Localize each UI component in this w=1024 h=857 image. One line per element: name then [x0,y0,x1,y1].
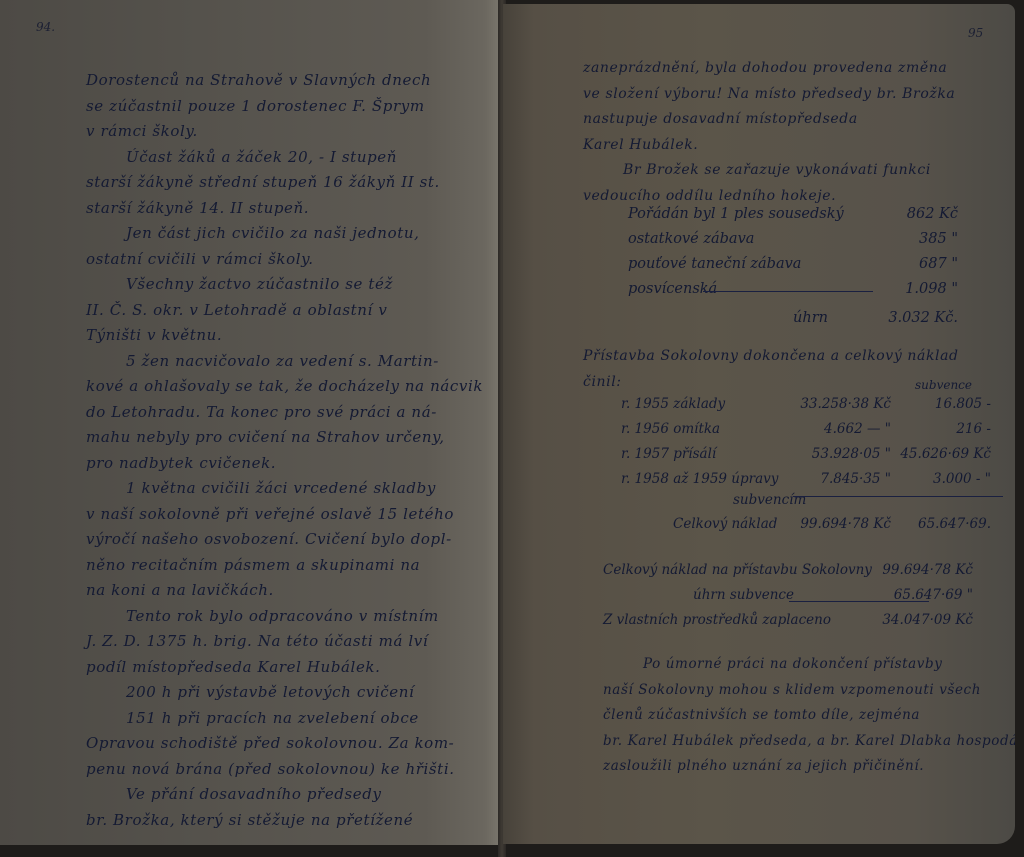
text-line: členů zúčastnivších se tomto díle, zejmé… [603,703,1015,729]
page-number-left: 94. [36,20,55,34]
text-line: něno recitačním pásmem a skupinami na [86,553,483,579]
ledger-row: Z vlastních prostředků zaplaceno 34.047·… [603,612,973,637]
sum-rule [703,291,873,292]
page-number-right: 95 [968,26,983,40]
text-line: starší žákyně 14. II stupeň. [86,196,483,222]
text-line: Všechny žactvo zúčastnilo se též [86,272,483,298]
text-line: činil: [583,370,959,396]
text-line: Dorostenců na Strahově v Slavných dnech [86,68,483,94]
text-line: br. Karel Hubálek předseda, a br. Karel … [603,729,1015,755]
text-line: do Letohradu. Ta konec pro své práci a n… [86,400,483,426]
sum-rule [793,496,1003,497]
right-intro-text: zaneprázdnění, byla dohodou provedena zm… [583,56,955,209]
ledger-row: Celkový náklad na přístavbu Sokolovny 99… [603,562,973,587]
text-line: Br Brožek se zařazuje vykonávati funkci [583,158,955,184]
text-line: zasloužili plného uznání za jejich přiči… [603,754,1015,780]
text-line: Přístavba Sokolovny dokončena a celkový … [583,344,959,370]
ledger-total-row: úhrn 3.032 Kč. [628,310,958,335]
text-line: výročí našeho osvobození. Cvičení bylo d… [86,527,483,553]
sum-rule [789,601,929,602]
construction-ledger: r. 1955 základy 33.258·38 Kč 16.805 - r.… [621,396,991,496]
text-line: 151 h při pracích na zvelebení obce [86,706,483,732]
ledger-row: úhrn subvence 65.647·69 " [603,587,973,612]
text-line: pro nadbytek cvičenek. [86,451,483,477]
text-line: 200 h při výstavbě letových cvičení [86,680,483,706]
text-line: ostatní cvičili v rámci školy. [86,247,483,273]
ledger-row: posvícenská 1.098 " [628,281,958,306]
text-line: Jen část jich cvičilo za naši jednotu, [86,221,483,247]
summary-ledger: Celkový náklad na přístavbu Sokolovny 99… [603,562,973,637]
ledger-row: pouťové taneční zábava 687 " [628,256,958,281]
text-line: naší Sokolovny mohou s klidem vzpomenout… [603,678,1015,704]
ledger-row: r. 1957 přísálí 53.928·05 " 45.626·69 Kč [621,446,991,471]
construction-total-row: Celkový náklad 99.694·78 Kč 65.647·69. [673,516,991,541]
text-line: ve složení výboru! Na místo předsedy br.… [583,82,955,108]
text-line: v rámci školy. [86,119,483,145]
subsidy-total-label: subvencím [733,492,806,508]
construction-heading: Přístavba Sokolovny dokončena a celkový … [583,344,959,395]
text-line: Týništi v květnu. [86,323,483,349]
text-line: Opravou schodiště před sokolovnou. Za ko… [86,731,483,757]
text-line: Po úmorné práci na dokončení přístavby [603,652,1015,678]
text-line: 5 žen nacvičovalo za vedení s. Martin- [86,349,483,375]
events-ledger: Pořádán byl 1 ples sousedský 862 Kč osta… [628,206,958,335]
text-line: Karel Hubálek. [583,133,955,159]
text-line: II. Č. S. okr. v Letohradě a oblastní v [86,298,483,324]
text-line: kové a ohlašovaly se tak, že docházely n… [86,374,483,400]
text-line: starší žákyně střední stupeň 16 žákyň II… [86,170,483,196]
text-line: zaneprázdnění, byla dohodou provedena zm… [583,56,955,82]
ledger-row: r. 1956 omítka 4.662 — " 216 - [621,421,991,446]
text-line: se zúčastnil pouze 1 dorostenec F. Šprym [86,94,483,120]
subsidy-column-header: subvence [915,378,972,392]
text-line: mahu nebyly pro cvičení na Strahov určen… [86,425,483,451]
text-line: nastupuje dosavadní místopředseda [583,107,955,133]
left-page: 94. Dorostenců na Strahově v Slavných dn… [0,0,502,845]
ledger-row: r. 1955 základy 33.258·38 Kč 16.805 - [621,396,991,421]
text-line: penu nová brána (před sokolovnou) ke hři… [86,757,483,783]
left-page-text: Dorostenců na Strahově v Slavných dnech … [86,68,483,833]
text-line: Účast žáků a žáček 20, - I stupeň [86,145,483,171]
text-line: br. Brožka, který si stěžuje na přetížen… [86,808,483,834]
text-line: J. Z. D. 1375 h. brig. Na této účasti má… [86,629,483,655]
text-line: na koni a na lavičkách. [86,578,483,604]
text-line: podíl místopředseda Karel Hubálek. [86,655,483,681]
text-line: Ve přání dosavadního předsedy [86,782,483,808]
text-line: Tento rok bylo odpracováno v místním [86,604,483,630]
ledger-row: Pořádán byl 1 ples sousedský 862 Kč [628,206,958,231]
closing-text: Po úmorné práci na dokončení přístavby n… [603,652,1015,780]
ledger-row: ostatkové zábava 385 " [628,231,958,256]
open-notebook: 94. Dorostenců na Strahově v Slavných dn… [0,0,1024,857]
text-line: 1 května cvičili žáci vrcedené skladby [86,476,483,502]
right-page: 95 zaneprázdnění, byla dohodou provedena… [503,4,1015,844]
text-line: v naší sokolovně při veřejné oslavě 15 l… [86,502,483,528]
